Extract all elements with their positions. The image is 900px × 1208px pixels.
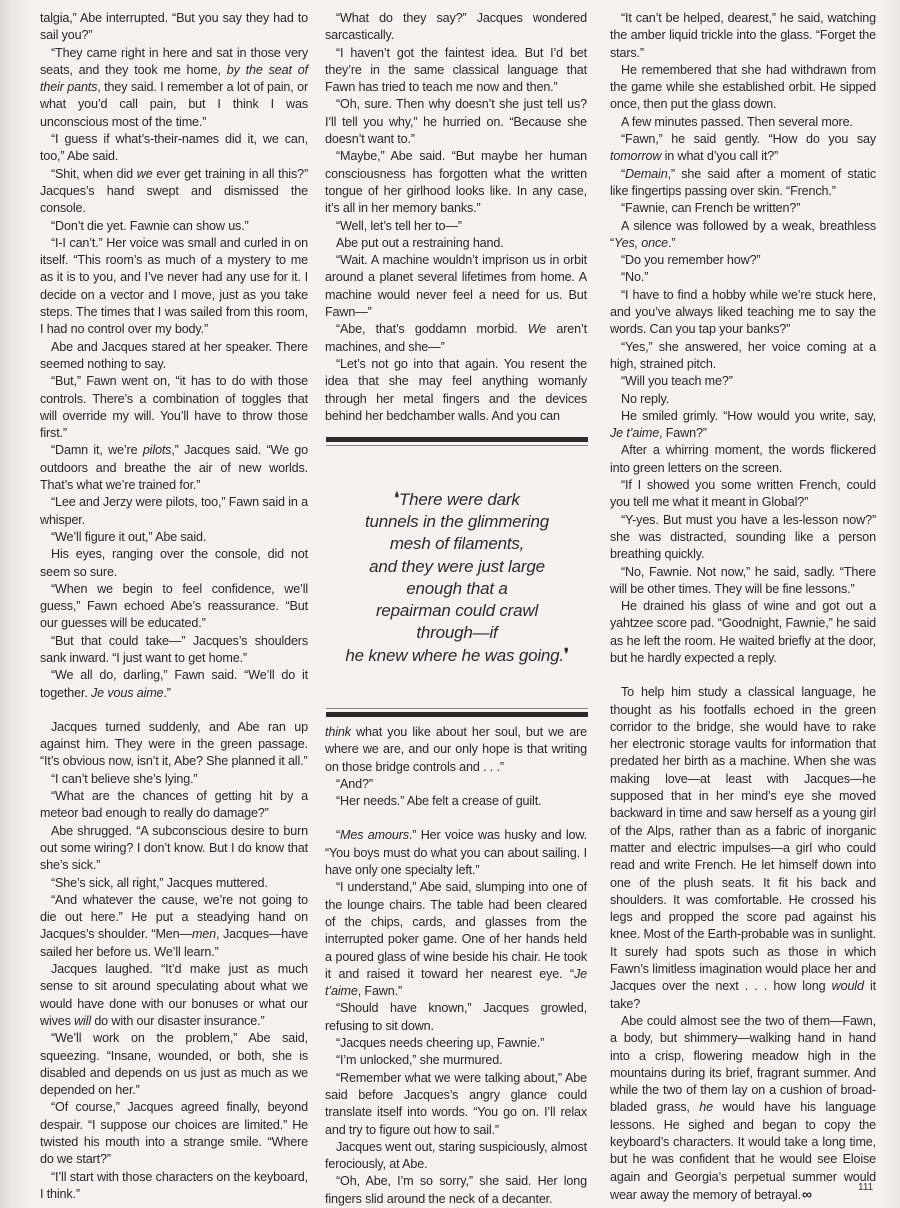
text-column-2-top: “What do they say?” Jacques wondered sar… [325, 10, 587, 425]
paragraph: A few minutes passed. Then several more. [610, 114, 876, 131]
paragraph: “We’ll figure it out,” Abe said. [40, 529, 308, 546]
paragraph: He smiled grimly. “How would you write, … [610, 408, 876, 443]
thick-rule [326, 437, 588, 442]
paragraph: Jacques laughed. “It’d make just as much… [40, 961, 308, 1030]
thick-rule [326, 712, 588, 717]
paragraph: “Do you remember how?” [610, 252, 876, 269]
paragraph: “Lee and Jerzy were pilots, too,” Fawn s… [40, 494, 308, 529]
paragraph: “I understand,” Abe said, slumping into … [325, 879, 587, 1000]
magazine-page: talgia,” Abe interrupted. “But you say t… [0, 0, 900, 1208]
paragraph: “I have to find a hobby while we’re stuc… [610, 287, 876, 339]
paragraph: “Abe, that’s goddamn morbid. We aren’t m… [325, 321, 587, 356]
paragraph: No reply. [610, 391, 876, 408]
paragraph: “What do they say?” Jacques wondered sar… [325, 10, 587, 45]
paragraph: “But,” Fawn went on, “it has to do with … [40, 373, 308, 442]
paragraph: “Her needs.” Abe felt a crease of guilt. [325, 793, 587, 810]
text-column-3: “It can’t be helped, dearest,” he said, … [610, 10, 876, 1204]
pull-quote-top-rule [326, 437, 588, 447]
section-break-paragraph: To help him study a classical language, … [610, 684, 876, 1013]
paragraph: Abe shrugged. “A subconscious desire to … [40, 823, 308, 875]
paragraph: “I can’t believe she’s lying.” [40, 771, 308, 788]
paragraph: “I’ll start with those characters on the… [40, 1169, 308, 1204]
paragraph: “It can’t be helped, dearest,” he said, … [610, 10, 876, 62]
paragraph: “No, Fawnie. Not now,” he said, sadly. “… [610, 564, 876, 599]
paragraph: “I guess if what’s-their-names did it, w… [40, 131, 308, 166]
paragraph: He drained his glass of wine and got out… [610, 598, 876, 667]
paragraph: “Well, let’s tell her to—” [325, 218, 587, 235]
paragraph: “Maybe,” Abe said. “But maybe her hu­man… [325, 148, 587, 217]
pull-quote: ❛There were dark tunnels in the glimmeri… [322, 488, 592, 668]
paragraph: “When we begin to feel confidence, we’ll… [40, 581, 308, 633]
paragraph: “Oh, sure. Then why doesn’t she just tel… [325, 96, 587, 148]
paragraph: “No.” [610, 269, 876, 286]
paragraph: “We’ll work on the problem,” Abe said, s… [40, 1030, 308, 1099]
pull-quote-line: through—if [322, 622, 592, 644]
pull-quote-line: and they were just large [322, 556, 592, 578]
paragraph: “Will you teach me?” [610, 373, 876, 390]
text-column-2-bottom: think what you like about her soul, but … [325, 724, 587, 1208]
paragraph: He remembered that she had withdrawn fro… [610, 62, 876, 114]
paragraph: “If I showed you some written French, co… [610, 477, 876, 512]
paragraph: “Damn it, we’re pilots,” Jacques said. “… [40, 442, 308, 494]
paragraph: Abe and Jacques stared at her speaker. T… [40, 339, 308, 374]
end-of-story-icon: ∞ [802, 1186, 810, 1202]
paragraph: “Demain,” she said after a moment of sta… [610, 166, 876, 201]
pull-quote-line: he knew where he was going.❜ [322, 644, 592, 667]
paragraph: think what you like about her soul, but … [325, 724, 587, 776]
paragraph: “Wait. A machine wouldn’t imprison us in… [325, 252, 587, 321]
thin-rule [326, 708, 588, 709]
pull-quote-line: ❛There were dark [322, 488, 592, 511]
paragraph: “Should have known,” Jacques growled, re… [325, 1000, 587, 1035]
paragraph: talgia,” Abe interrupted. “But you say t… [40, 10, 308, 45]
pull-quote-bottom-rule [326, 708, 588, 720]
paragraph: “But that could take—” Jacques’s shoul­d… [40, 633, 308, 668]
paragraph: “Let’s not go into that again. You resen… [325, 356, 587, 425]
close-quote-icon: ❜ [564, 646, 569, 663]
paragraph: “Yes,” she answered, her voice coming at… [610, 339, 876, 374]
pull-quote-line: enough that a [322, 578, 592, 600]
text-column-1: talgia,” Abe interrupted. “But you say t… [40, 10, 308, 1203]
paragraph: After a whirring moment, the words flick… [610, 442, 876, 477]
paragraph: “I haven’t got the faintest idea. But I’… [325, 45, 587, 97]
pull-quote-line: repairman could crawl [322, 600, 592, 622]
paragraph: Abe put out a restraining hand. [325, 235, 587, 252]
paragraph: “She’s sick, all right,” Jacques muttere… [40, 875, 308, 892]
paragraph: “Fawn,” he said gently. “How do you say … [610, 131, 876, 166]
paragraph: Jacques went out, staring suspiciously, … [325, 1139, 587, 1174]
paragraph: Abe could almost see the two of them—Faw… [610, 1013, 876, 1204]
paragraph: “Jacques needs cheering up, Fawnie.” [325, 1035, 587, 1052]
paragraph: “Of course,” Jacques agreed finally, be­… [40, 1099, 308, 1168]
paragraph: A silence was followed by a weak, breath… [610, 218, 876, 253]
paragraph: “I-I can’t.” Her voice was small and cur… [40, 235, 308, 339]
paragraph: “Remember what we were talking about,” A… [325, 1070, 587, 1139]
paragraph: “Y-yes. But must you have a les-lesson n… [610, 512, 876, 564]
pull-quote-line: tunnels in the glimmering [322, 511, 592, 533]
paragraph: His eyes, ranging over the console, did … [40, 546, 308, 581]
thin-rule [326, 445, 588, 446]
paragraph: “Fawnie, can French be written?” [610, 200, 876, 217]
page-number: 111 [858, 1182, 873, 1193]
section-break-paragraph: “Mes amours.” Her voice was husky and lo… [325, 827, 587, 879]
paragraph: “I’m unlocked,” she murmured. [325, 1052, 587, 1069]
paragraph: “And?” [325, 776, 587, 793]
paragraph: “They came right in here and sat in thos… [40, 45, 308, 131]
paragraph: “Shit, when did we ever get training in … [40, 166, 308, 218]
pull-quote-line: mesh of filaments, [322, 533, 592, 555]
paragraph: “We all do, darling,” Fawn said. “We’ll … [40, 667, 308, 702]
section-break-paragraph: Jacques turned suddenly, and Abe ran up … [40, 719, 308, 771]
paragraph: “What are the chances of getting hit by … [40, 788, 308, 823]
paragraph: “Don’t die yet. Fawnie can show us.” [40, 218, 308, 235]
paragraph: “And whatever the cause, we’re not going… [40, 892, 308, 961]
paragraph: “Oh, Abe, I’m so sorry,” she said. Her l… [325, 1173, 587, 1208]
